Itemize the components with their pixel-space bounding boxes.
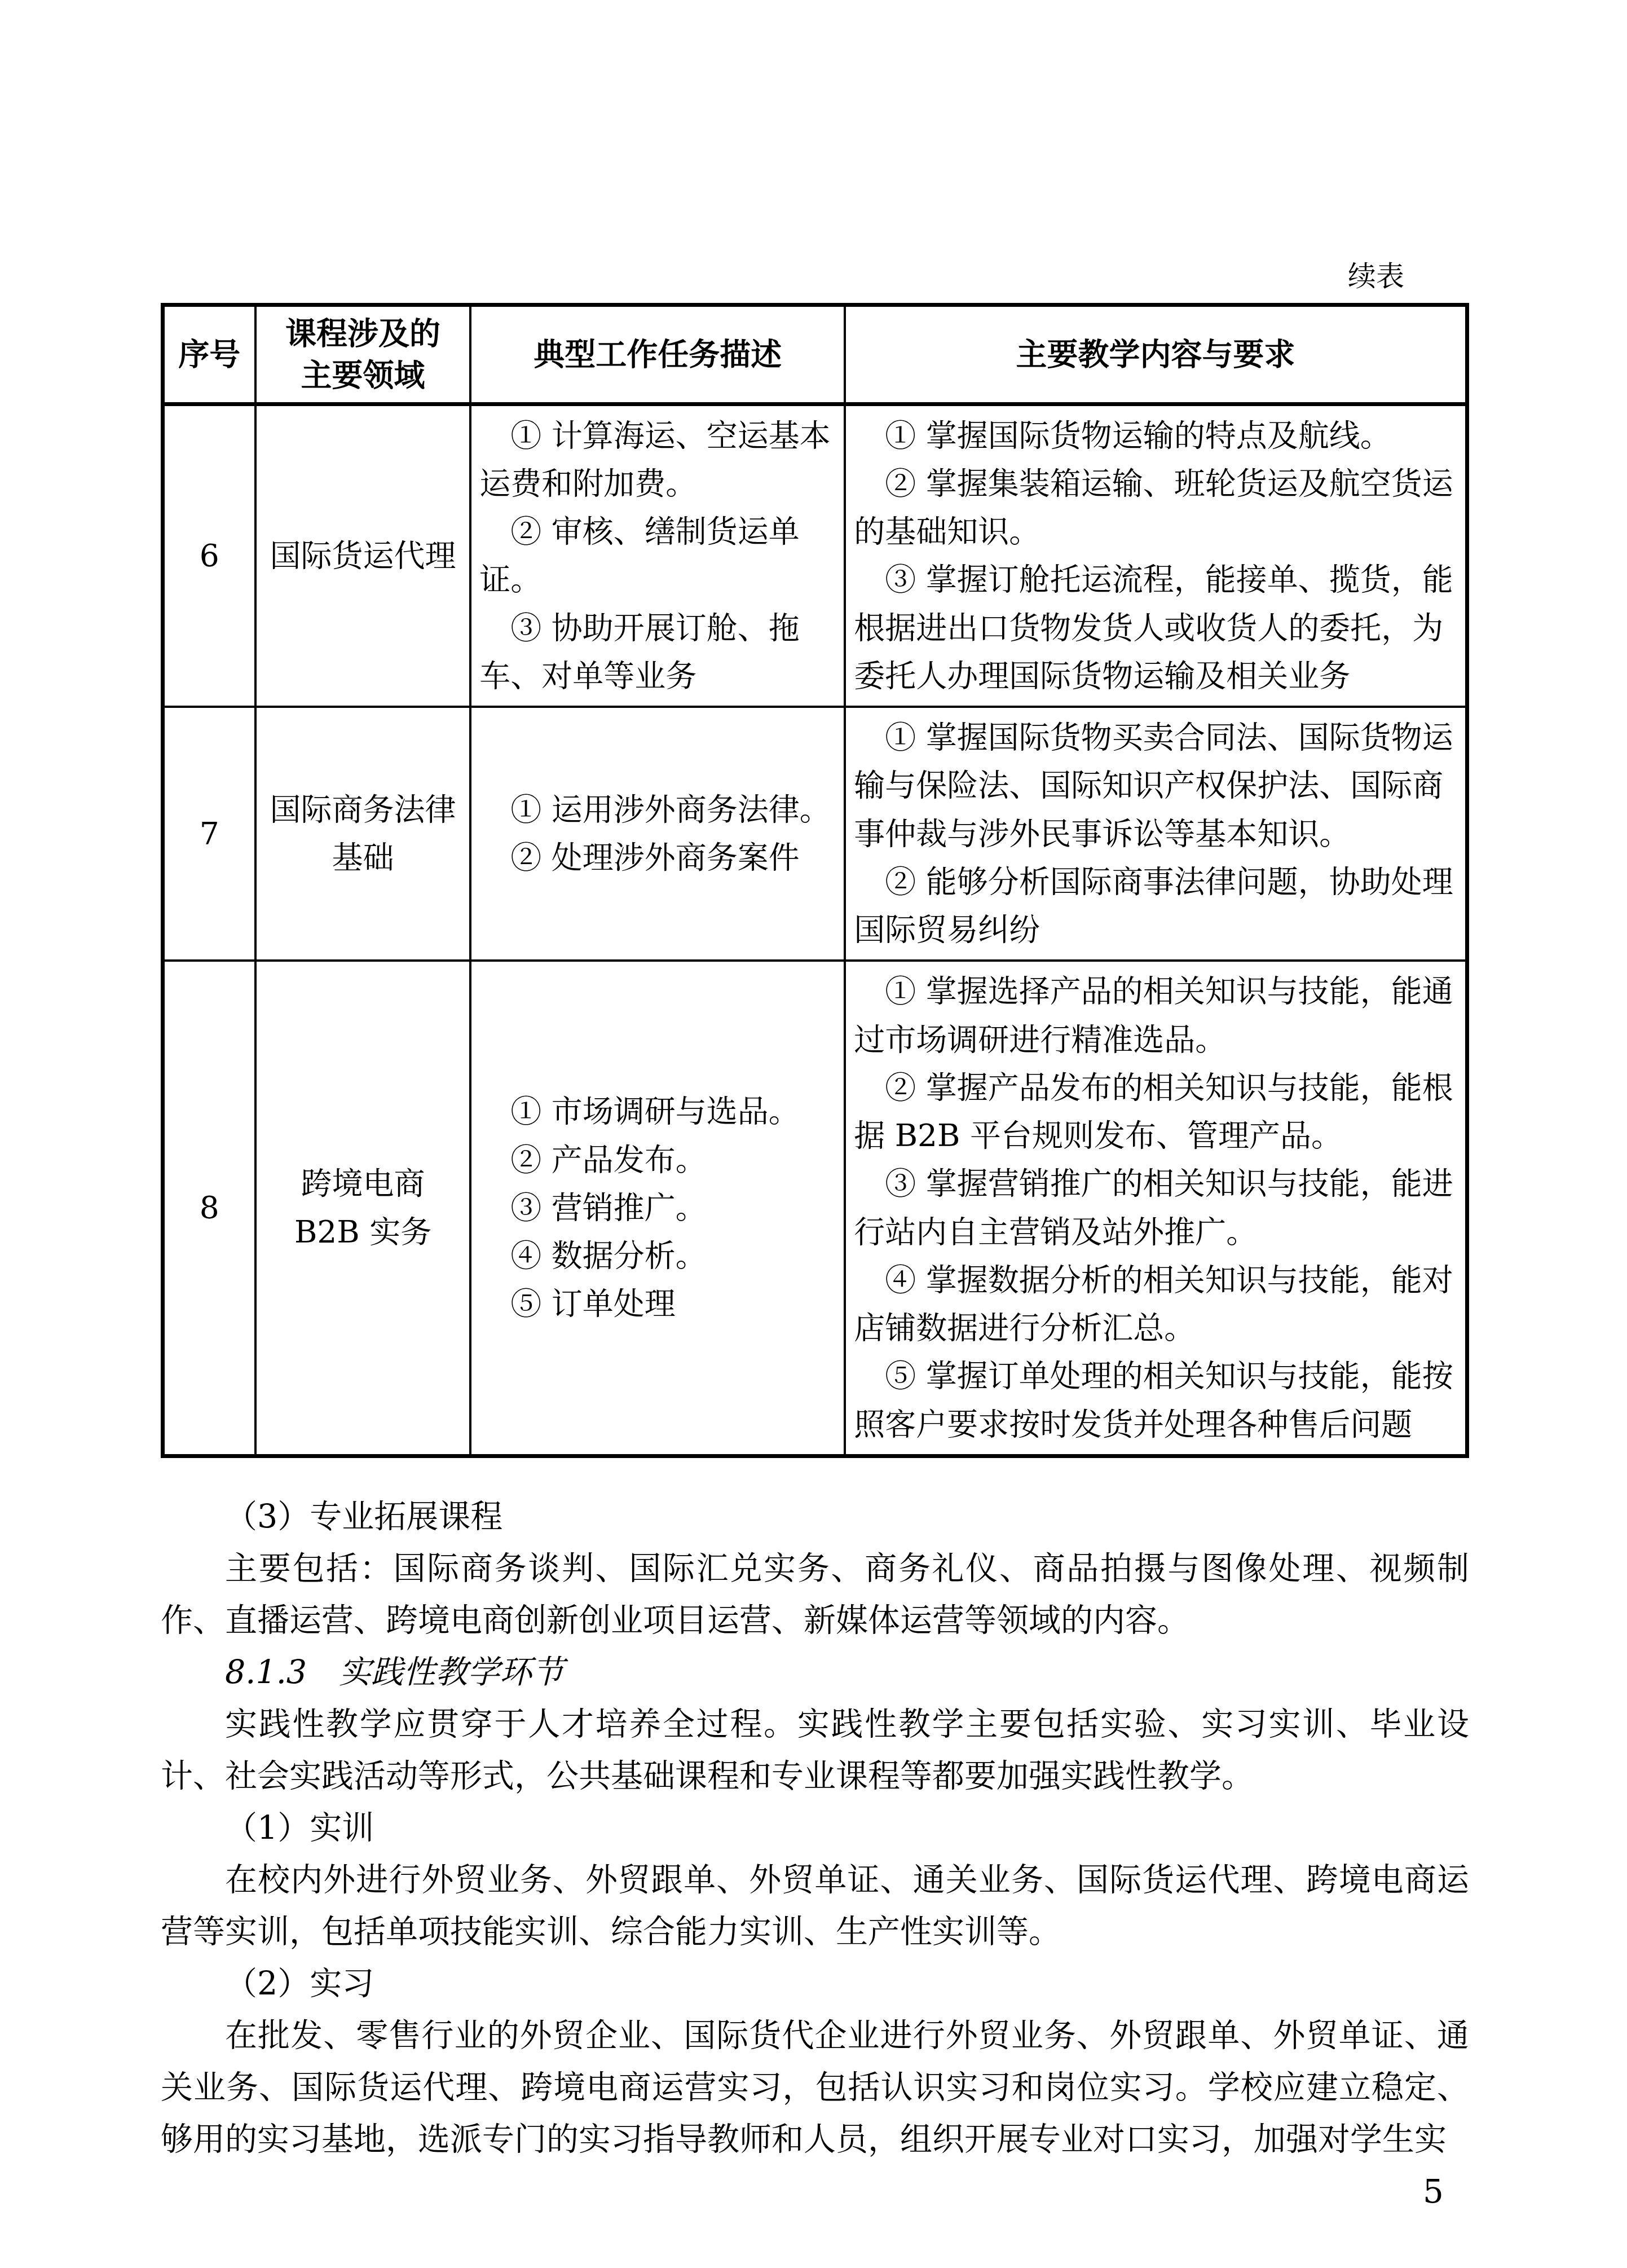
header-no: 序号 (163, 305, 255, 404)
task-item: ① 计算海运、空运基本运费和附加费。 (479, 412, 836, 508)
task-item: ③ 营销推广。 (479, 1184, 836, 1232)
continued-table-label: 续表 (161, 257, 1469, 296)
requirement-item: ① 掌握选择产品的相关知识与技能，能通过市场调研进行精准选品。 (854, 967, 1457, 1064)
course-domain: 跨境电商 B2B 实务 (255, 961, 471, 1456)
course-domain: 国际商务法律基础 (255, 707, 471, 961)
page-number: 5 (161, 2169, 1469, 2214)
typical-tasks: ① 计算海运、空运基本运费和附加费。 ② 审核、缮制货运单证。 ③ 协助开展订舱… (470, 404, 845, 707)
task-item: ④ 数据分析。 (479, 1232, 836, 1280)
typical-tasks: ① 市场调研与选品。 ② 产品发布。 ③ 营销推广。 ④ 数据分析。 ⑤ 订单处… (470, 961, 845, 1456)
teaching-requirements: ① 掌握选择产品的相关知识与技能，能通过市场调研进行精准选品。 ② 掌握产品发布… (845, 961, 1467, 1456)
subsection-heading: （3）专业拓展课程 (161, 1491, 1469, 1543)
row-number: 7 (163, 707, 255, 961)
header-domain: 课程涉及的 主要领域 (255, 305, 471, 404)
requirement-item: ① 掌握国际货物运输的特点及航线。 (854, 412, 1457, 460)
course-domain: 国际货运代理 (255, 404, 471, 707)
task-item: ⑤ 订单处理 (479, 1280, 836, 1328)
task-item: ② 审核、缮制货运单证。 (479, 508, 836, 604)
teaching-requirements: ① 掌握国际货物运输的特点及航线。 ② 掌握集装箱运输、班轮货运及航空货运的基础… (845, 404, 1467, 707)
typical-tasks: ① 运用涉外商务法律。 ② 处理涉外商务案件 (470, 707, 845, 961)
requirement-item: ③ 掌握营销推广的相关知识与技能，能进行站内自主营销及站外推广。 (854, 1160, 1457, 1256)
teaching-requirements: ① 掌握国际货物买卖合同法、国际货物运输与保险法、国际知识产权保护法、国际商事仲… (845, 707, 1467, 961)
requirement-item: ② 能够分析国际商事法律问题，协助处理国际贸易纠纷 (854, 858, 1457, 954)
task-item: ② 处理涉外商务案件 (479, 834, 836, 882)
subsection-heading: （1）实训 (161, 1802, 1469, 1854)
requirement-item: ⑤ 掌握订单处理的相关知识与技能，能按照客户要求按时发货并处理各种售后问题 (854, 1352, 1457, 1448)
section-heading: 8.1.3 实践性教学环节 (161, 1646, 1469, 1698)
table-header-row: 序号 课程涉及的 主要领域 典型工作任务描述 主要教学内容与要求 (163, 305, 1467, 404)
paragraph: 在校内外进行外贸业务、外贸跟单、外贸单证、通关业务、国际货运代理、跨境电商运营等… (161, 1854, 1469, 1958)
table-row: 6 国际货运代理 ① 计算海运、空运基本运费和附加费。 ② 审核、缮制货运单证。… (163, 404, 1467, 707)
paragraph: 在批发、零售行业的外贸企业、国际货代企业进行外贸业务、外贸跟单、外贸单证、通关业… (161, 2010, 1469, 2165)
subsection-heading: （2）实习 (161, 1958, 1469, 2010)
header-tasks: 典型工作任务描述 (470, 305, 845, 404)
table-row: 8 跨境电商 B2B 实务 ① 市场调研与选品。 ② 产品发布。 ③ 营销推广。… (163, 961, 1467, 1456)
requirement-item: ④ 掌握数据分析的相关知识与技能，能对店铺数据进行分析汇总。 (854, 1256, 1457, 1353)
header-requirements: 主要教学内容与要求 (845, 305, 1467, 404)
body-text: （3）专业拓展课程 主要包括：国际商务谈判、国际汇兑实务、商务礼仪、商品拍摄与图… (161, 1491, 1469, 2165)
table-row: 7 国际商务法律基础 ① 运用涉外商务法律。 ② 处理涉外商务案件 ① 掌握国际… (163, 707, 1467, 961)
requirement-item: ① 掌握国际货物买卖合同法、国际货物运输与保险法、国际知识产权保护法、国际商事仲… (854, 714, 1457, 858)
paragraph: 主要包括：国际商务谈判、国际汇兑实务、商务礼仪、商品拍摄与图像处理、视频制作、直… (161, 1543, 1469, 1646)
requirement-item: ② 掌握集装箱运输、班轮货运及航空货运的基础知识。 (854, 460, 1457, 556)
task-item: ① 运用涉外商务法律。 (479, 786, 836, 834)
paragraph: 实践性教学应贯穿于人才培养全过程。实践性教学主要包括实验、实习实训、毕业设计、社… (161, 1698, 1469, 1802)
task-item: ③ 协助开展订舱、拖车、对单等业务 (479, 604, 836, 701)
row-number: 6 (163, 404, 255, 707)
course-areas-table: 序号 课程涉及的 主要领域 典型工作任务描述 主要教学内容与要求 6 国际货运代… (161, 303, 1469, 1458)
document-page: 续表 序号 课程涉及的 主要领域 典型工作任务描述 主要教学内容与要求 6 国际… (0, 0, 1627, 2268)
task-item: ① 市场调研与选品。 (479, 1087, 836, 1135)
requirement-item: ③ 掌握订舱托运流程，能接单、揽货，能根据进出口货物发货人或收货人的委托，为委托… (854, 556, 1457, 700)
requirement-item: ② 掌握产品发布的相关知识与技能，能根据 B2B 平台规则发布、管理产品。 (854, 1064, 1457, 1160)
row-number: 8 (163, 961, 255, 1456)
task-item: ② 产品发布。 (479, 1136, 836, 1184)
